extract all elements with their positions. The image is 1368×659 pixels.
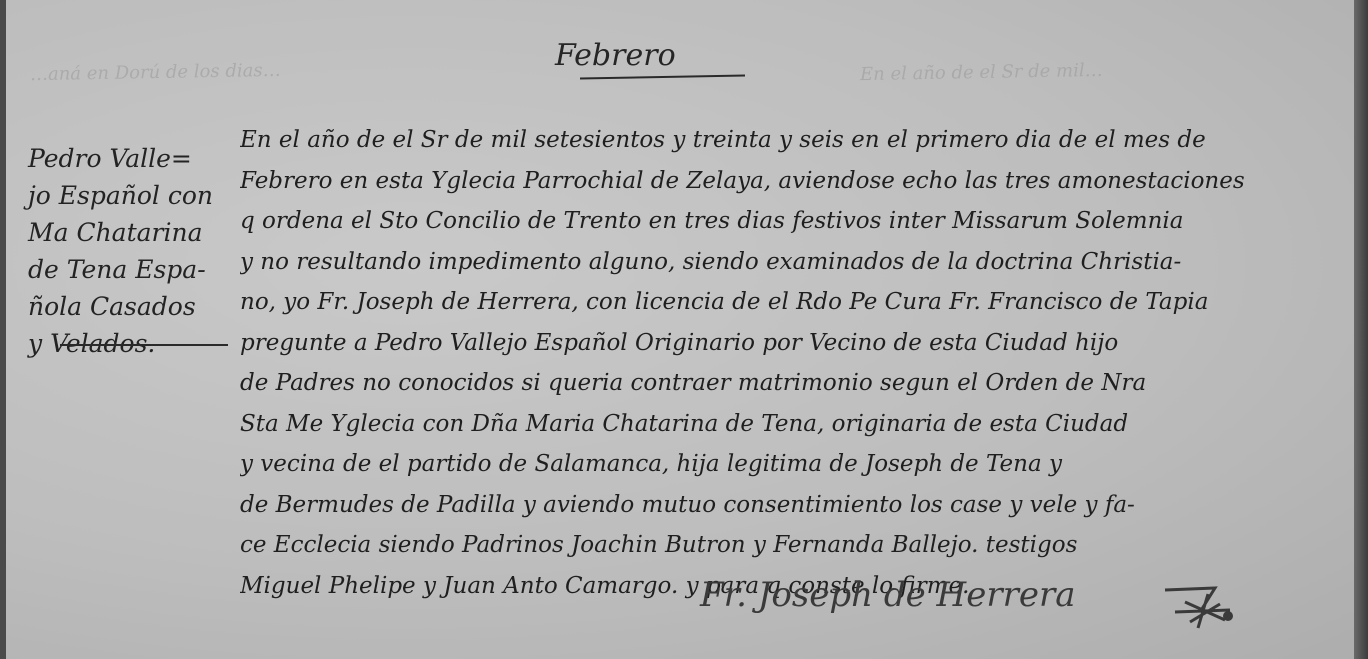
rubric-flourish-icon	[1160, 582, 1240, 632]
margin-note: Pedro Valle= jo Español con Ma Chatarina…	[28, 140, 238, 362]
signature: Fr. Joseph de Herrera	[700, 575, 1075, 615]
record-line: y no resultando impedimento alguno, sien…	[240, 242, 1360, 283]
record-line: En el año de el Sr de mil setesientos y …	[240, 120, 1360, 161]
record-line: pregunte a Pedro Vallejo Español Origina…	[240, 323, 1360, 364]
manuscript-page: …aná en Dorú de los dias… En el año de e…	[0, 0, 1368, 659]
record-line: de Bermudes de Padilla y aviendo mutuo c…	[240, 485, 1360, 526]
margin-note-underline	[60, 344, 228, 346]
record-line: y vecina de el partido de Salamanca, hij…	[240, 444, 1360, 485]
margin-note-line: de Tena Espa-	[28, 251, 238, 288]
record-line: Febrero en esta Yglecia Parrochial de Ze…	[240, 161, 1360, 202]
bleed-through-text: En el año de el Sr de mil…	[860, 60, 1103, 85]
record-line: q ordena el Sto Concilio de Trento en tr…	[240, 201, 1360, 242]
month-heading: Febrero	[555, 38, 676, 73]
margin-note-line: Ma Chatarina	[28, 214, 238, 251]
record-line: Sta Me Yglecia con Dña Maria Chatarina d…	[240, 404, 1360, 445]
record-body: En el año de el Sr de mil setesientos y …	[240, 120, 1360, 606]
margin-note-line: ñola Casados	[28, 288, 238, 325]
record-line: no, yo Fr. Joseph de Herrera, con licenc…	[240, 282, 1360, 323]
margin-note-line: Pedro Valle=	[28, 140, 238, 177]
record-line: de Padres no conocidos si queria contrae…	[240, 363, 1360, 404]
bleed-through-text: …aná en Dorú de los dias…	[30, 60, 281, 85]
page-left-edge	[0, 0, 6, 659]
record-line: ce Ecclecia siendo Padrinos Joachin Butr…	[240, 525, 1360, 566]
heading-underline	[580, 75, 745, 80]
margin-note-line: jo Español con	[28, 177, 238, 214]
